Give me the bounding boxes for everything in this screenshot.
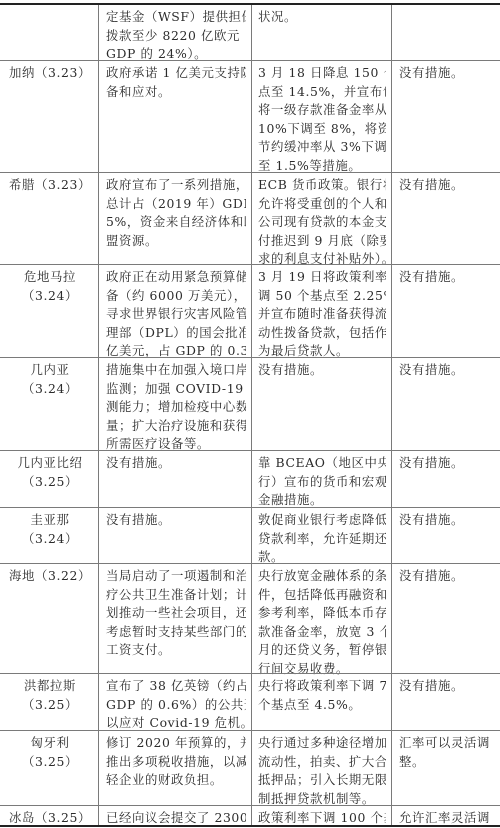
cell-text-line: 没有措施。 <box>399 268 497 287</box>
table-row: 匈牙利（3.25）修订 2020 年预算的，并已推出多项税收措施，以减轻企业的财… <box>0 730 500 805</box>
cell-text-line: 10%下调至 8%，将资本 <box>258 120 386 139</box>
monetary-policy-cell: 央行放宽金融体系的条件，包括降低再融资和参考利率，降低本币存款准备金率，放宽 3… <box>251 564 391 673</box>
cell-text-line: 政府宣布了一系列措施， <box>106 176 246 195</box>
cell-text-line: ECB 货币政策。银行将 <box>258 176 386 195</box>
table-row: 冰岛（3.25）已经向议会提交了 2300 亿政策利率下调 100 个基允许汇率… <box>0 805 500 825</box>
monetary-policy-cell: 政策利率下调 100 个基 <box>251 806 391 825</box>
cell-text-line: 几内亚 <box>6 361 94 380</box>
country-cell <box>0 5 98 60</box>
cell-text-line: 措施集中在加强入境口岸 <box>106 361 246 380</box>
exchange-rate-cell <box>391 5 500 60</box>
cell-text-line: 抵押品；引入长期无限 <box>258 771 386 790</box>
cell-text-line: （3.24） <box>6 287 94 306</box>
monetary-policy-cell: 状况。 <box>251 5 391 60</box>
country-cell: 洪都拉斯（3.25） <box>0 674 98 730</box>
cell-text-line: 没有措施。 <box>399 454 497 473</box>
cell-text-line: 央行将政策利率下调 75 <box>258 677 386 696</box>
cell-text-line: 寻求世界银行灾害风险管 <box>106 305 246 324</box>
cell-text-line: 贷款利率，允许延期还 <box>258 530 386 549</box>
cell-text-line: 疗公共卫生准备计划；计 <box>106 586 246 605</box>
cell-text-line: 个基点至 4.5%。 <box>258 696 386 715</box>
cell-text-line: （3.25） <box>6 696 94 715</box>
cell-text-line: （3.24） <box>6 530 94 549</box>
table-row: 定基金（WSF）提供担保，拨款至少 8220 亿欧元（占GDP 的 24%）。状… <box>0 5 500 60</box>
table-row: 洪都拉斯（3.25）宣布了 38 亿英镑（约占GDP 的 0.6%）的公共开支以… <box>0 673 500 730</box>
cell-text-line: 定基金（WSF）提供担保， <box>106 8 246 27</box>
cell-text-line: 整。 <box>399 753 497 772</box>
cell-text-line: 匈牙利 <box>6 734 94 753</box>
cell-text-line: GDP 的 0.6%）的公共开支 <box>106 696 246 715</box>
cell-text-line: 3 月 19 日将政策利率下 <box>258 268 386 287</box>
cell-text-line: 公司现有贷款的本金支 <box>258 213 386 232</box>
monetary-policy-cell: ECB 货币政策。银行将允许将受重创的个人和公司现有贷款的本金支付推迟到 9 月… <box>251 173 391 264</box>
cell-text-line: 件，包括降低再融资和 <box>258 586 386 605</box>
cell-text-line: 考虑暂时支持某些部门的 <box>106 623 246 642</box>
monetary-policy-cell: 央行通过多种途径增加流动性，拍卖、扩大合格抵押品；引入长期无限制抵押贷款机制等。 <box>251 731 391 805</box>
exchange-rate-cell: 没有措施。 <box>391 265 500 357</box>
fiscal-policy-cell: 没有措施。 <box>98 508 251 563</box>
table-row: 几内亚（3.24）措施集中在加强入境口岸监测；加强 COVID-19 检测能力；… <box>0 357 500 450</box>
exchange-rate-cell: 没有措施。 <box>391 61 500 172</box>
table-row: 加纳（3.23）政府承诺 1 亿美元支持防备和应对。3 月 18 日降息 150… <box>0 60 500 172</box>
exchange-rate-cell: 允许汇率灵活调 <box>391 806 500 825</box>
cell-text-line: 并宣布随时准备获得流 <box>258 305 386 324</box>
cell-text-line: 没有措施。 <box>399 64 497 83</box>
cell-text-line: 已经向议会提交了 2300 亿 <box>106 809 246 828</box>
cell-text-line: 轻企业的财政负担。 <box>106 771 246 790</box>
table-row: 海地（3.22）当局启动了一项遏制和治疗公共卫生准备计划；计划推动一些社会项目，… <box>0 563 500 673</box>
cell-text-line: 流动性，拍卖、扩大合格 <box>258 753 386 772</box>
cell-text-line: 当局启动了一项遏制和治 <box>106 567 246 586</box>
cell-text-line: 允许将受重创的个人和 <box>258 195 386 214</box>
cell-text-line: 3 月 18 日降息 150 个基 <box>258 64 386 83</box>
cell-text-line: （3.25） <box>6 473 94 492</box>
cell-text-line: 海地（3.22） <box>6 567 94 586</box>
cell-text-line: 没有措施。 <box>106 511 246 530</box>
cell-text-line: 没有措施。 <box>399 677 497 696</box>
cell-text-line: 敦促商业银行考虑降低 <box>258 511 386 530</box>
monetary-policy-cell: 3 月 19 日将政策利率下调 50 个基点至 2.25%，并宣布随时准备获得流… <box>251 265 391 357</box>
table-row: 圭亚那（3.24）没有措施。敦促商业银行考虑降低贷款利率，允许延期还款。没有措施… <box>0 507 500 563</box>
country-cell: 海地（3.22） <box>0 564 98 673</box>
exchange-rate-cell: 没有措施。 <box>391 564 500 673</box>
cell-text-line: 几内亚比绍 <box>6 454 94 473</box>
fiscal-policy-cell: 政府宣布了一系列措施，总计占（2019 年）GDP 的5%，资金来自经济体和欧盟… <box>98 173 251 264</box>
monetary-policy-cell: 靠 BCEAO（地区中央银行）宣布的货币和宏观金融措施。 <box>251 451 391 507</box>
cell-text-line: 没有措施。 <box>399 567 497 586</box>
country-cell: 危地马拉（3.24） <box>0 265 98 357</box>
country-cell: 圭亚那（3.24） <box>0 508 98 563</box>
monetary-policy-cell: 央行将政策利率下调 75个基点至 4.5%。 <box>251 674 391 730</box>
cell-text-line: 总计占（2019 年）GDP 的 <box>106 195 246 214</box>
exchange-rate-cell: 没有措施。 <box>391 508 500 563</box>
cell-text-line: 监测；加强 COVID-19 检 <box>106 380 246 399</box>
cell-text-line: 冰岛（3.25） <box>6 809 94 828</box>
fiscal-policy-cell: 宣布了 38 亿英镑（约占GDP 的 0.6%）的公共开支以应对 Covid-1… <box>98 674 251 730</box>
cell-text-line: 没有措施。 <box>399 176 497 195</box>
exchange-rate-cell: 汇率可以灵活调整。 <box>391 731 500 805</box>
fiscal-policy-cell: 政府承诺 1 亿美元支持防备和应对。 <box>98 61 251 172</box>
cell-text-line: 汇率可以灵活调 <box>399 734 497 753</box>
cell-text-line: 政府承诺 1 亿美元支持防 <box>106 64 246 83</box>
cell-text-line: 点至 14.5%，并宣布包括 <box>258 83 386 102</box>
cell-text-line: 修订 2020 年预算的，并已 <box>106 734 246 753</box>
cell-text-line: 靠 BCEAO（地区中央银 <box>258 454 386 473</box>
fiscal-policy-cell: 修订 2020 年预算的，并已推出多项税收措施，以减轻企业的财政负担。 <box>98 731 251 805</box>
cell-text-line: 量；扩大治疗设施和获得 <box>106 417 246 436</box>
country-cell: 加纳（3.23） <box>0 61 98 172</box>
exchange-rate-cell: 没有措施。 <box>391 674 500 730</box>
monetary-policy-cell: 敦促商业银行考虑降低贷款利率，允许延期还款。 <box>251 508 391 563</box>
country-cell: 几内亚比绍（3.25） <box>0 451 98 507</box>
cell-text-line: 宣布了 38 亿英镑（约占 <box>106 677 246 696</box>
cell-text-line: 政策利率下调 100 个基 <box>258 809 386 828</box>
cell-text-line: 行）宣布的货币和宏观 <box>258 473 386 492</box>
table-row: 危地马拉（3.24）政府正在动用紧急预算储备（约 6000 万美元），并寻求世界… <box>0 264 500 357</box>
country-cell: 几内亚（3.24） <box>0 358 98 450</box>
cell-text-line: 备（约 6000 万美元），并 <box>106 287 246 306</box>
cell-text-line: 测能力；增加检疫中心数 <box>106 398 246 417</box>
fiscal-policy-cell: 已经向议会提交了 2300 亿 <box>98 806 251 825</box>
cell-text-line: 拨款至少 8220 亿欧元（占 <box>106 27 246 46</box>
fiscal-policy-cell: 没有措施。 <box>98 451 251 507</box>
cell-text-line: 圭亚那 <box>6 511 94 530</box>
cell-text-line: 没有措施。 <box>106 454 246 473</box>
cell-text-line: 划推动一些社会项目，还 <box>106 604 246 623</box>
cell-text-line: （3.25） <box>6 753 94 772</box>
country-cell: 冰岛（3.25） <box>0 806 98 825</box>
cell-text-line: 允许汇率灵活调 <box>399 809 497 828</box>
cell-text-line: 央行放宽金融体系的条 <box>258 567 386 586</box>
cell-text-line: 节约缓冲率从 3%下调 <box>258 138 386 157</box>
fiscal-policy-cell: 定基金（WSF）提供担保，拨款至少 8220 亿欧元（占GDP 的 24%）。 <box>98 5 251 60</box>
cell-text-line: 备和应对。 <box>106 83 246 102</box>
cell-text-line: 月的还贷义务，暂停银 <box>258 641 386 660</box>
cell-text-line: 状况。 <box>258 8 386 27</box>
country-cell: 匈牙利（3.25） <box>0 731 98 805</box>
cell-text-line: 加纳（3.23） <box>6 64 94 83</box>
fiscal-policy-cell: 政府正在动用紧急预算储备（约 6000 万美元），并寻求世界银行灾害风险管理部（… <box>98 265 251 357</box>
cell-text-line: 洪都拉斯 <box>6 677 94 696</box>
cell-text-line: 款准备金率，放宽 3 个 <box>258 623 386 642</box>
exchange-rate-cell: 没有措施。 <box>391 451 500 507</box>
cell-text-line: 调 50 个基点至 2.25%， <box>258 287 386 306</box>
cell-text-line: 没有措施。 <box>399 511 497 530</box>
cell-text-line: 动性拨备贷款，包括作 <box>258 324 386 343</box>
cell-text-line: 政府正在动用紧急预算储 <box>106 268 246 287</box>
cell-text-line: 参考利率，降低本币存 <box>258 604 386 623</box>
cell-text-line: 工资支付。 <box>106 641 246 660</box>
table-row: 几内亚比绍（3.25）没有措施。靠 BCEAO（地区中央银行）宣布的货币和宏观金… <box>0 450 500 507</box>
monetary-policy-cell: 没有措施。 <box>251 358 391 450</box>
cell-text-line: （3.24） <box>6 380 94 399</box>
cell-text-line: 希腊（3.23） <box>6 176 94 195</box>
cell-text-line: 推出多项税收措施，以减 <box>106 753 246 772</box>
cell-text-line: 理部（DPL）的国会批准（2 <box>106 324 246 343</box>
cell-text-line: 没有措施。 <box>258 361 386 380</box>
cell-text-line: 将一级存款准备金率从 <box>258 101 386 120</box>
monetary-policy-cell: 3 月 18 日降息 150 个基点至 14.5%，并宣布包括将一级存款准备金率… <box>251 61 391 172</box>
fiscal-policy-cell: 当局启动了一项遏制和治疗公共卫生准备计划；计划推动一些社会项目，还考虑暂时支持某… <box>98 564 251 673</box>
cell-text-line: 5%，资金来自经济体和欧 <box>106 213 246 232</box>
table-row: 希腊（3.23）政府宣布了一系列措施，总计占（2019 年）GDP 的5%，资金… <box>0 172 500 264</box>
cell-text-line: 央行通过多种途径增加 <box>258 734 386 753</box>
cell-text-line: 没有措施。 <box>399 361 497 380</box>
fiscal-policy-cell: 措施集中在加强入境口岸监测；加强 COVID-19 检测能力；增加检疫中心数量；… <box>98 358 251 450</box>
country-cell: 希腊（3.23） <box>0 173 98 264</box>
cell-text-line: 付推迟到 9 月底（除要 <box>258 232 386 251</box>
exchange-rate-cell: 没有措施。 <box>391 358 500 450</box>
exchange-rate-cell: 没有措施。 <box>391 173 500 264</box>
cell-text-line: 盟资源。 <box>106 232 246 251</box>
cell-text-line: 危地马拉 <box>6 268 94 287</box>
